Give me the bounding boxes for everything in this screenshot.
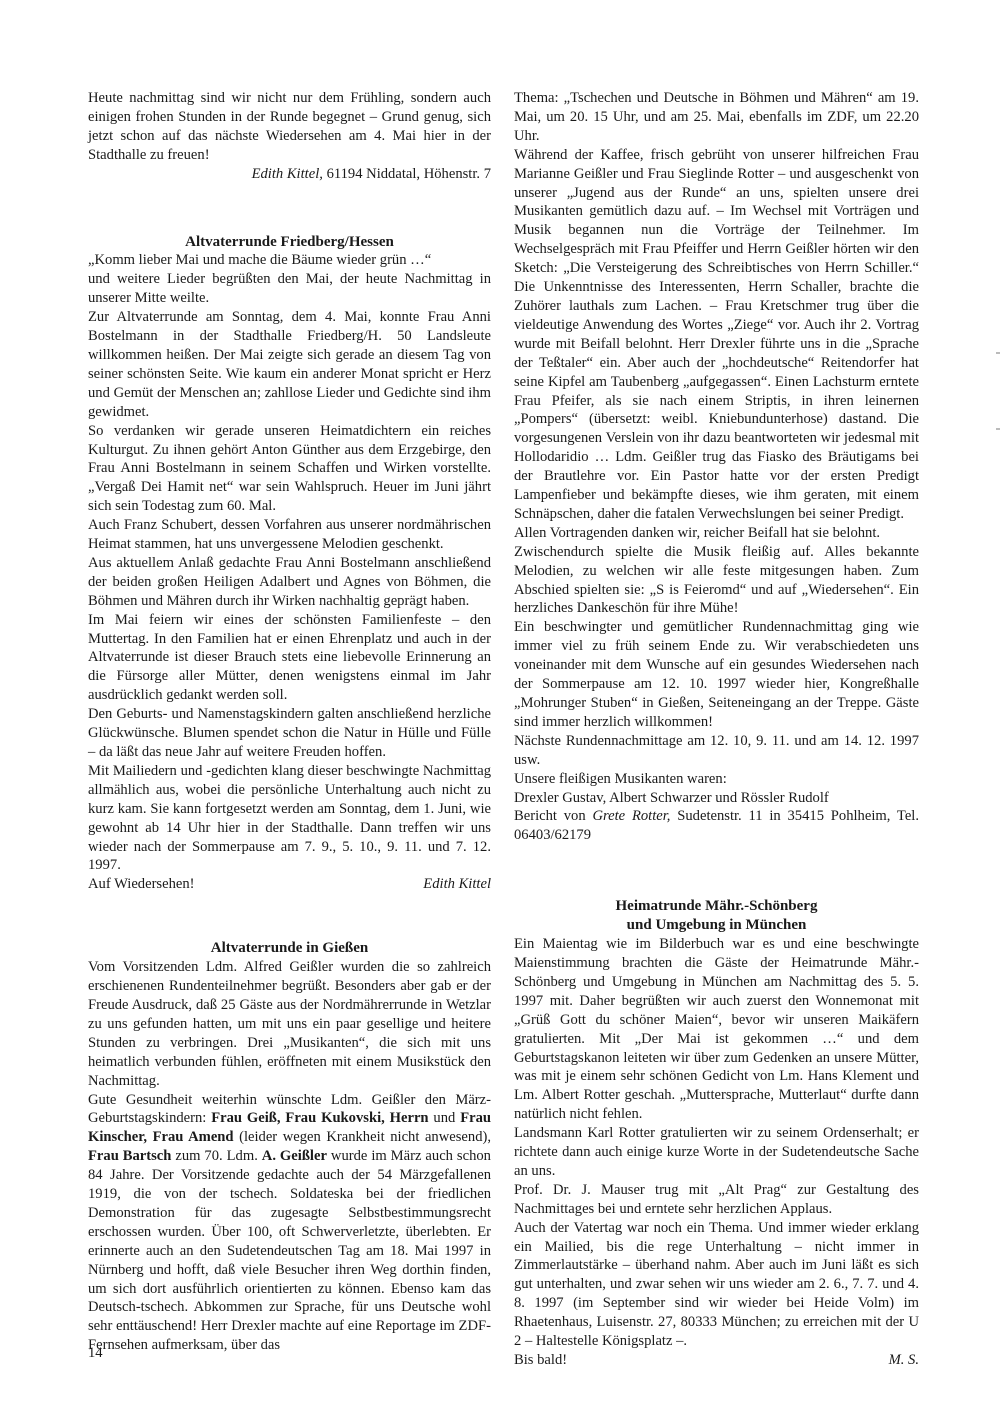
closing-text: Auf Wiedersehen! [88, 875, 195, 894]
article-muenchen: Heimatrunde Mähr.-Schönberg und Umgebung… [514, 897, 919, 1370]
article-paragraph: Drexler Gustav, Albert Schwarzer und Rös… [514, 789, 919, 808]
signature-address: 61194 Niddatal, Höhenstr. 7 [323, 166, 491, 182]
article-paragraph: Auch Franz Schubert, dessen Vorfahren au… [88, 516, 491, 554]
article-friedberg: Altvaterrunde Friedberg/Hessen „Komm lie… [88, 233, 491, 895]
article-heading: Altvaterrunde in Gießen [88, 939, 491, 958]
text-run: Bericht von [514, 808, 592, 824]
article-paragraph: Auch der Vatertag war noch ein Thema. Un… [514, 1219, 919, 1351]
article-paragraph: Nächste Rundennachmittage am 12. 10, 9. … [514, 732, 919, 770]
article-paragraph: Ein Maientag wie im Bilderbuch war es un… [514, 935, 919, 1124]
article-heading: Heimatrunde Mähr.-Schönberg [514, 897, 919, 916]
article-paragraph: Zwischendurch spielte die Musik fleißig … [514, 543, 919, 619]
article-paragraph: Zur Altvaterrunde am Sonntag, dem 4. Mai… [88, 308, 491, 421]
right-column: Thema: „Tschechen und Deutsche in Böhmen… [514, 89, 919, 1370]
text-run: und [429, 1110, 461, 1126]
article-paragraph: Allen Vortragenden danken wir, reicher B… [514, 524, 919, 543]
article-paragraph: Gute Gesundheit weiterhin wünschte Ldm. … [88, 1091, 491, 1356]
article-heading-line2: und Umgebung in München [514, 916, 919, 935]
left-column: Heute nachmittag sind wir nicht nur dem … [88, 89, 491, 1355]
scan-edge-mark [996, 352, 1000, 354]
text-run: (leider wegen Krankheit nicht anwesend), [234, 1129, 491, 1145]
author-signature: M. S. [889, 1351, 919, 1370]
article-paragraph: Im Mai feiern wir eines der schönsten Fa… [88, 611, 491, 706]
article-giessen-continued: Thema: „Tschechen und Deutsche in Böhmen… [514, 89, 919, 845]
text-run: wurde im März auch schon 84 Jahre. Der V… [88, 1148, 491, 1353]
bold-names: Frau Bartsch [88, 1148, 171, 1164]
article-paragraph: Während der Kaffee, frisch gebrüht von u… [514, 146, 919, 524]
article-paragraph: Landsmann Karl Rotter gratulierten wir z… [514, 1124, 919, 1181]
intro-paragraph: Heute nachmittag sind wir nicht nur dem … [88, 89, 491, 165]
intro-signature: Edith Kittel, 61194 Niddatal, Höhenstr. … [88, 165, 491, 184]
article-paragraph: Den Geburts- und Namenstagskindern galte… [88, 705, 491, 762]
article-paragraph: So verdanken wir gerade unseren Heimatdi… [88, 422, 491, 517]
text-run: zum 70. Ldm. [171, 1148, 261, 1164]
article-giessen: Altvaterrunde in Gießen Vom Vorsitzenden… [88, 939, 491, 1355]
article-paragraph: und weitere Lieder begrüßten den Mai, de… [88, 270, 491, 308]
article-paragraph: Mit Mailiedern und -gedichten klang dies… [88, 762, 491, 875]
article-paragraph: Prof. Dr. J. Mauser trug mit „Alt Prag“ … [514, 1181, 919, 1219]
article-paragraph: Vom Vorsitzenden Ldm. Alfred Geißler wur… [88, 958, 491, 1090]
article-heading: Altvaterrunde Friedberg/Hessen [88, 233, 491, 252]
article-paragraph: Aus aktuellem Anlaß gedachte Frau Anni B… [88, 554, 491, 611]
article-paragraph: Thema: „Tschechen und Deutsche in Böhmen… [514, 89, 919, 146]
report-author: Grete Rotter, [592, 808, 670, 824]
closing-row: Bis bald! M. S. [514, 1351, 919, 1370]
bold-names: A. Geißler [262, 1148, 327, 1164]
bold-names: Frau Geiß, Frau Kukovski, Herrn [211, 1110, 428, 1126]
author-signature: Edith Kittel [423, 875, 491, 894]
report-credit: Bericht von Grete Rotter, Sudetenstr. 11… [514, 807, 919, 845]
closing-row: Auf Wiedersehen! Edith Kittel [88, 875, 491, 894]
scan-edge-mark [996, 428, 1000, 430]
article-paragraph: Unsere fleißigen Musikanten waren: [514, 770, 919, 789]
closing-text: Bis bald! [514, 1351, 567, 1370]
article-paragraph: Ein beschwingter und gemütlicher Rundenn… [514, 618, 919, 731]
page-number: 14 [88, 1345, 103, 1362]
article-paragraph: „Komm lieber Mai und mache die Bäume wie… [88, 251, 491, 270]
signature-name: Edith Kittel, [252, 166, 323, 182]
